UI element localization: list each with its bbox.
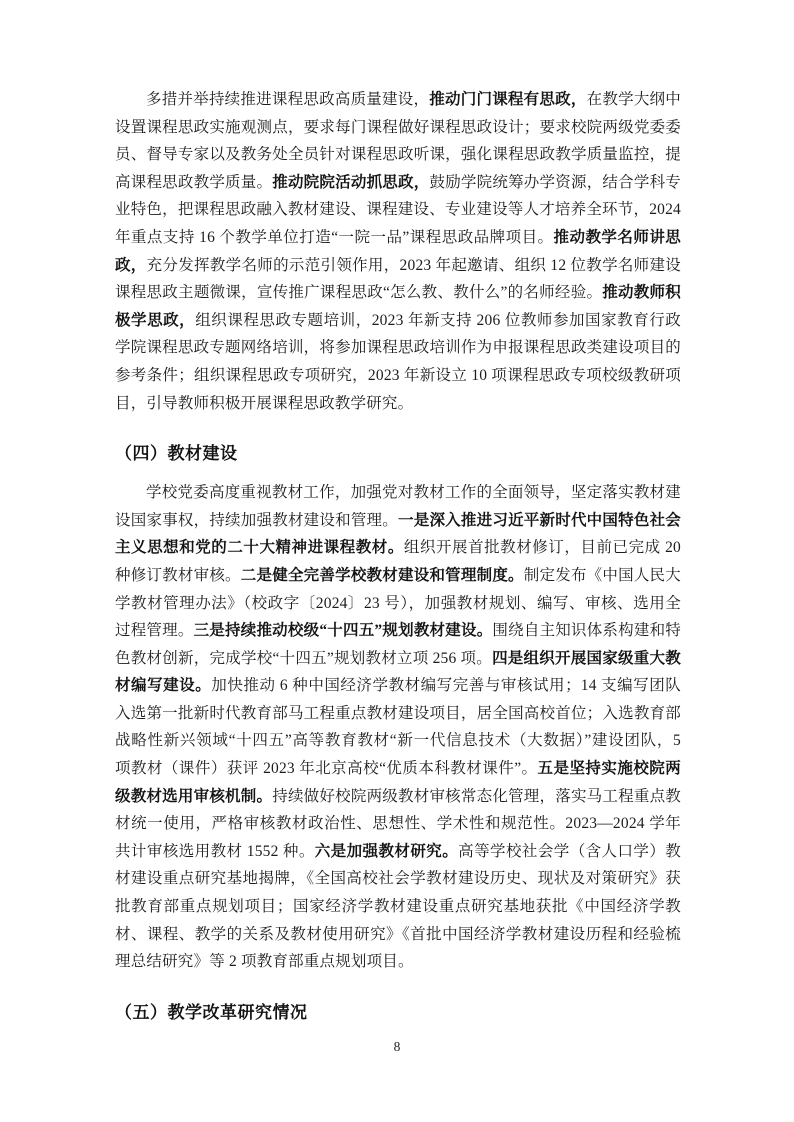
text-run: 高等学校社会学（含人口学）教材建设重点研究基地揭牌，《全国高校社会学教材建设历史…	[115, 843, 681, 970]
text-run: 组织课程思政专题培训，2023 年新支持 206 位教师参加国家教育行政学院课程…	[115, 312, 681, 412]
text-run-bold: 三是持续推动校级“十四五”规划教材建设。	[194, 622, 493, 639]
section-heading-4: （四）教材建设	[115, 439, 681, 464]
page-footer: 8	[0, 1038, 794, 1056]
text-run: 多措并举持续推进课程思政高质量建设，	[146, 91, 429, 108]
text-run-bold: 推动院院活动抓思政，	[272, 174, 429, 191]
text-run: 充分发挥教学名师的示范引领作用，2023 年起邀请、组织 12 位教学名师建设课…	[115, 257, 681, 302]
document-content: 多措并举持续推进课程思政高质量建设，推动门门课程有思政，在教学大纲中设置课程思政…	[115, 86, 681, 1038]
paragraph-textbook-construction: 学校党委高度重视教材工作，加强党对教材工作的全面领导，坚定落实教材建设国家事权，…	[115, 479, 681, 976]
paragraph-curriculum-ideology: 多措并举持续推进课程思政高质量建设，推动门门课程有思政，在教学大纲中设置课程思政…	[115, 86, 681, 417]
text-run-bold: 推动门门课程有思政，	[429, 91, 586, 108]
section-heading-5: （五）教学改革研究情况	[115, 998, 681, 1023]
page-number: 8	[394, 1039, 401, 1054]
text-run-bold: 二是健全完善学校教材建设和管理制度。	[241, 567, 524, 584]
document-page: 多措并举持续推进课程思政高质量建设，推动门门课程有思政，在教学大纲中设置课程思政…	[0, 0, 794, 1122]
text-run-bold: 六是加强教材研究。	[315, 843, 458, 860]
